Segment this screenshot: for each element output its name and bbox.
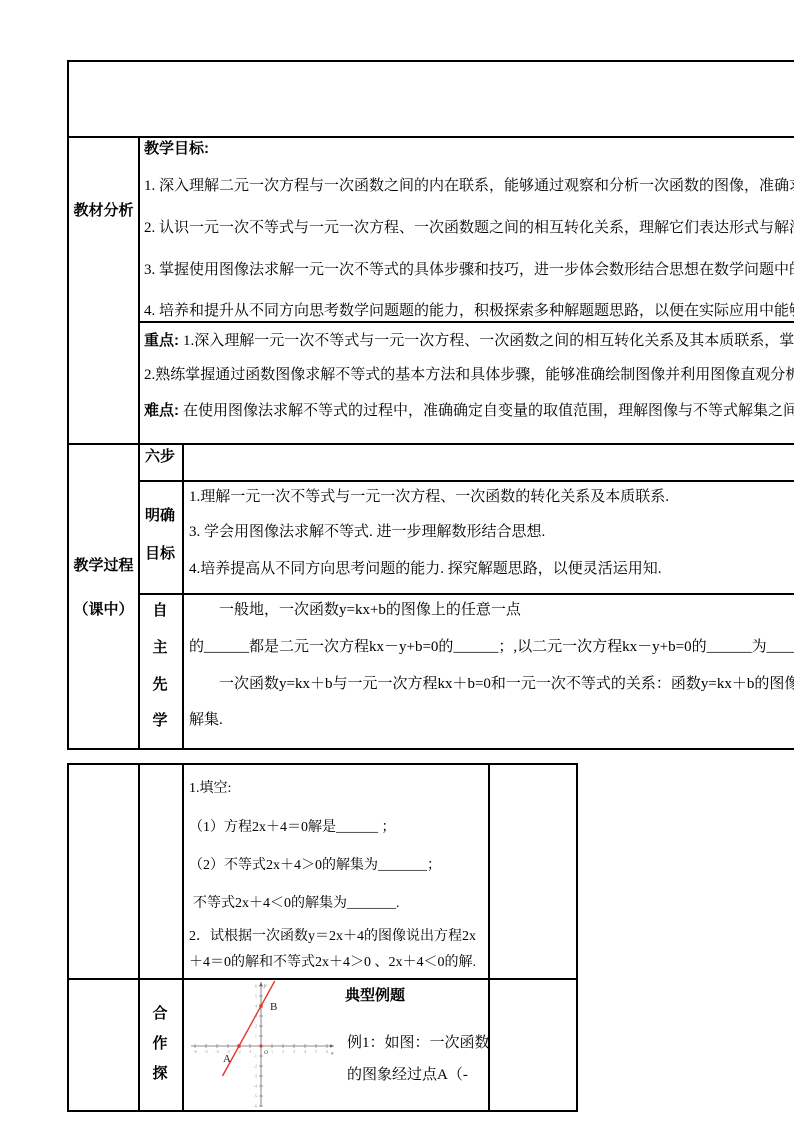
- fill-in-line-2: （1）方程2x＋4＝0解是______ ；: [189, 820, 396, 836]
- focus-point-line-2: 2.熟练掌握通过函数图像求解不等式的基本方法和具体步骤，能够准确绘制图像并利用图…: [144, 367, 794, 384]
- grid-line-h: [69, 978, 576, 980]
- clear-goals-label-2: 目标: [138, 545, 182, 562]
- svg-text:6: 6: [255, 984, 257, 989]
- clear-goal-item-3: 4.培养提高从不同方向思考问题的能力. 探究解题思路，以便灵活运用知.: [189, 561, 662, 578]
- svg-text:6: 6: [326, 1049, 328, 1054]
- self-study-line-2: 的______都是二元一次方程kx－y+b=0的______；,以二元一次方程k…: [189, 639, 794, 656]
- self-study-line-1: 一般地，一次函数y=kx+b的图像上的任意一点: [219, 602, 521, 619]
- difficulty-label: 难点:: [144, 402, 179, 419]
- grid-line-v: [138, 136, 140, 748]
- material-analysis-label: 教材分析: [69, 202, 138, 219]
- cooperative-label-3: 探: [138, 1065, 182, 1082]
- svg-text:-6: -6: [254, 1104, 258, 1109]
- teaching-goal-item-2: 2. 认识一元一次不等式与一元一次方程、一次函数题之间的相互转化关系，理解它们表…: [144, 220, 794, 237]
- svg-text:1: 1: [271, 1049, 273, 1054]
- svg-text:-6: -6: [193, 1049, 197, 1054]
- svg-text:5: 5: [315, 1049, 317, 1054]
- clear-goal-item-1: 1.理解一元一次不等式与一元一次方程、一次函数的转化关系及本质联系.: [189, 489, 669, 506]
- header-empty-row: [69, 62, 794, 136]
- teaching-goal-item-1: 1. 深入理解二元一次方程与一次函数之间的内在联系，能够通过观察和分析一次函数的…: [144, 178, 794, 195]
- svg-text:4: 4: [304, 1049, 307, 1054]
- fill-in-line-5: 2．试根据一次函数y＝2x＋4的图像说出方程2x: [189, 929, 476, 945]
- svg-text:-2: -2: [237, 1049, 241, 1054]
- difficulty-text: 在使用图像法求解不等式的过程中，准确确定自变量的取值范围，理解图像与不等式解集之…: [183, 403, 794, 419]
- svg-text:x: x: [330, 1051, 334, 1057]
- grid-line-h: [69, 443, 794, 445]
- cooperative-label-1: 合: [138, 1005, 182, 1022]
- svg-text:-5: -5: [204, 1049, 208, 1054]
- example-line-2: 的图象经过点A（-: [347, 1067, 468, 1084]
- self-study-label-2: 主: [138, 639, 182, 656]
- lesson-info-table: 教材分析 教学过程 （课中） 教学目标: 1. 深入理解二元一次方程与一次函数之…: [67, 60, 794, 750]
- self-study-line-4: 解集.: [189, 712, 223, 729]
- grid-line-v: [138, 765, 140, 1110]
- focus-label: 重点:: [144, 332, 179, 349]
- teaching-process-label-line2: （课中）: [69, 601, 138, 618]
- svg-text:-4: -4: [215, 1049, 219, 1054]
- svg-text:-5: -5: [254, 1094, 258, 1099]
- grid-line-h: [69, 136, 794, 138]
- self-study-label-1: 自: [138, 602, 182, 619]
- svg-text:4: 4: [255, 1004, 258, 1009]
- svg-text:-3: -3: [254, 1074, 258, 1079]
- grid-line-v: [182, 765, 184, 1110]
- grid-line-h: [138, 480, 794, 482]
- svg-text:-1: -1: [254, 1054, 258, 1059]
- focus-point-line-1: 重点:1.深入理解一元一次不等式与一元一次方程、一次函数之间的相互转化关系及其本…: [144, 332, 794, 350]
- document-page: 教材分析 教学过程 （课中） 教学目标: 1. 深入理解二元一次方程与一次函数之…: [0, 0, 794, 1123]
- teaching-goals-title: 教学目标:: [144, 140, 209, 157]
- svg-text:y: y: [263, 983, 267, 989]
- grid-line-h: [138, 321, 794, 323]
- svg-text:-4: -4: [254, 1084, 258, 1089]
- svg-text:3: 3: [293, 1049, 295, 1054]
- coordinate-graph: -6-5-4-3-2-1123456-6-5-4-3-2-1123456ABOy…: [187, 981, 339, 1114]
- self-study-label-3: 先: [138, 676, 182, 693]
- cooperative-label-2: 作: [138, 1035, 182, 1052]
- svg-text:5: 5: [255, 994, 257, 999]
- svg-text:A: A: [223, 1053, 231, 1065]
- svg-text:1: 1: [255, 1034, 257, 1039]
- clear-goals-label-1: 明确: [138, 507, 182, 524]
- grid-line-v: [488, 765, 490, 1110]
- grid-line-h: [138, 593, 794, 595]
- fill-in-line-4: 不等式2x＋4＜0的解集为_______.: [193, 896, 400, 912]
- svg-text:B: B: [270, 1001, 277, 1013]
- teaching-goal-item-3: 3. 掌握使用图像法求解一元一次不等式的具体步骤和技巧，进一步体会数形结合思想在…: [144, 262, 794, 279]
- svg-text:-1: -1: [248, 1049, 252, 1054]
- practice-table: 1.填空: （1）方程2x＋4＝0解是______ ； （2）不等式2x＋4＞0…: [67, 763, 578, 1112]
- self-study-label-4: 学: [138, 712, 182, 729]
- difficulty-line: 难点:在使用图像法求解不等式的过程中，准确确定自变量的取值范围，理解图像与不等式…: [144, 402, 794, 420]
- svg-text:2: 2: [255, 1024, 257, 1029]
- fill-in-line-1: 1.填空:: [189, 781, 231, 797]
- svg-text:-2: -2: [254, 1064, 258, 1069]
- svg-text:O: O: [264, 1050, 268, 1056]
- focus-text-1: 1.深入理解一元一次不等式与一元一次方程、一次函数之间的相互转化关系及其本质联系…: [183, 333, 794, 349]
- clear-goal-item-2: 3. 学会用图像法求解不等式. 进一步理解数形结合思想.: [189, 524, 545, 541]
- svg-text:2: 2: [282, 1049, 284, 1054]
- self-study-line-3: 一次函数y=kx＋b与一元一次方程kx＋b=0和一元一次不等式的关系：函数y=k…: [219, 676, 794, 693]
- teaching-process-label-line1: 教学过程: [69, 557, 138, 574]
- six-steps-label: 六步: [138, 448, 182, 465]
- example-title: 典型例题: [345, 987, 405, 1004]
- example-line-1: 例1：如图：一次函数: [347, 1035, 490, 1052]
- teaching-goal-item-4: 4. 培养和提升从不同方向思考数学问题题的能力，积极探索多种解题题思路，以便在实…: [144, 303, 794, 320]
- fill-in-line-3: （2）不等式2x＋4＞0的解集为_______；: [189, 858, 441, 874]
- grid-line-v: [182, 443, 184, 748]
- fill-in-line-6: ＋4＝0的解和不等式2x＋4＞0 、2x＋4＜0的解.: [189, 955, 476, 971]
